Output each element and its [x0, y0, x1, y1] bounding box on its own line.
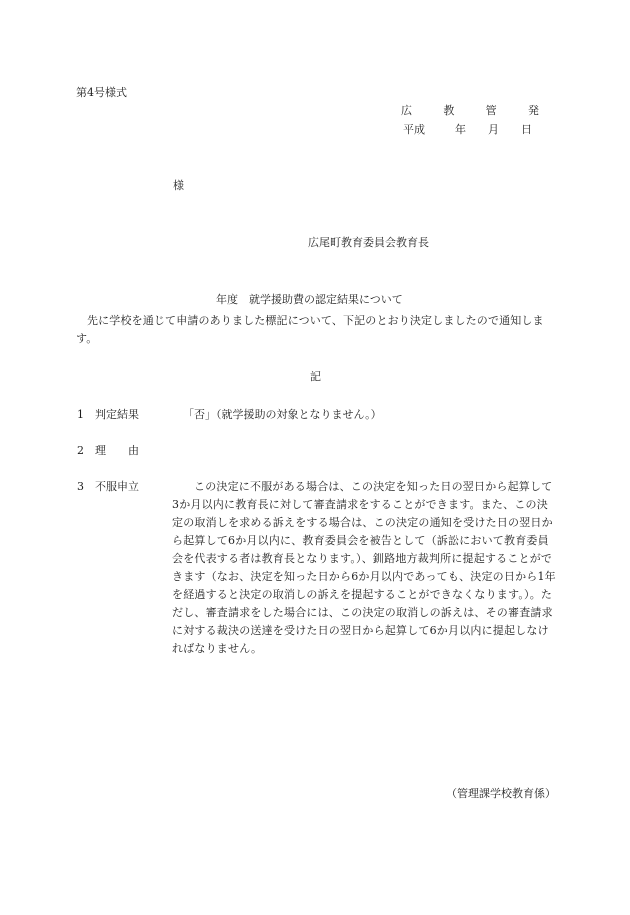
item-value: この決定に不服がある場合は、この決定を知った日の翌日から起算して3か月以内に教育… — [172, 478, 556, 658]
body-paragraph: 先に学校を通じて申請のありました標記について、下記のとおり決定しましたので通知し… — [76, 312, 556, 348]
recipient-honorific: 様 — [173, 180, 184, 191]
issue-number-row: 広 教 管 発 — [401, 105, 539, 116]
date-era: 平成 — [403, 124, 425, 135]
item-value: 「否」（就学援助の対象となりません。） — [183, 409, 382, 420]
issue-number-part: 広 — [401, 105, 412, 116]
ki-heading: 記 — [310, 371, 321, 382]
item-label: 不服申立 — [95, 481, 139, 492]
item-label: 理 由 — [95, 445, 139, 456]
sender: 広尾町教育委員会教育長 — [308, 237, 429, 248]
date-day: 日 — [521, 124, 532, 135]
date-month: 月 — [488, 124, 499, 135]
issue-date-row: 平成 年 月 日 — [403, 124, 532, 135]
issue-number-part: 管 — [486, 105, 497, 116]
item-number: 2 — [77, 445, 84, 456]
item-number: 3 — [77, 481, 84, 492]
item-number: 1 — [77, 409, 84, 420]
issue-number-part: 教 — [443, 105, 454, 116]
issue-number-part: 発 — [528, 105, 539, 116]
item-label: 判定結果 — [95, 409, 139, 420]
date-year: 年 — [455, 124, 466, 135]
subject-title: 年度 就学援助費の認定結果について — [216, 294, 403, 305]
contact-section: （管理課学校教育係） — [446, 788, 556, 799]
form-number: 第4号様式 — [76, 87, 127, 98]
